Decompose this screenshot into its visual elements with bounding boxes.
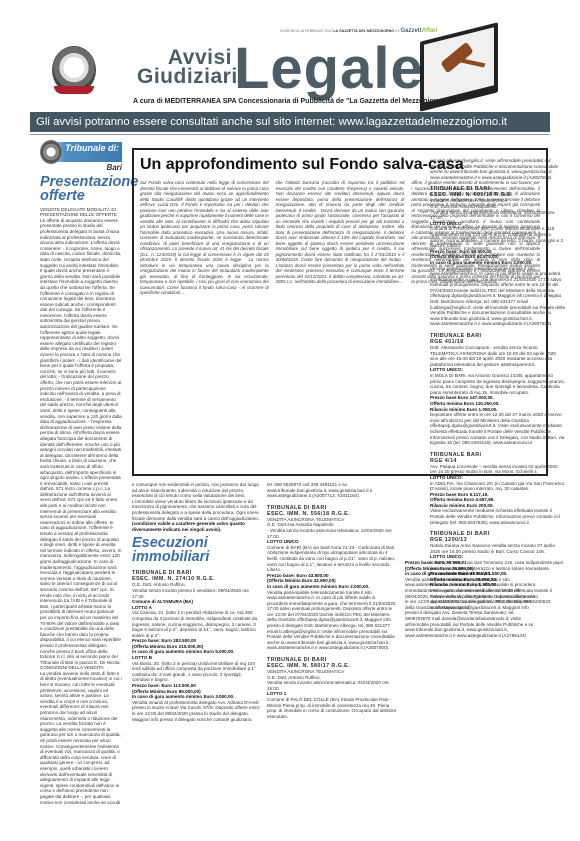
notice-footer: Vendita partecipabile telematicamente tr… [267, 590, 397, 652]
lot-desc: in NOICATTARO, via San Tommaso 216, casa… [430, 560, 565, 571]
dateline: DOMENICA 16 FEBBRAIO 2020 LA GAZZETTA DE… [280, 28, 437, 34]
lot-desc: Comune di TRIGGIANO (BA) Corso Vittorio … [430, 226, 565, 248]
body-text-conditions: La vendita avviene nello stato di fatto … [40, 671, 122, 805]
lot-desc: Via Bosio, 20. (lotto 2 in perizia) Unit… [132, 661, 260, 683]
notice-head: email b.alberga@virgilio.it, visite all'… [430, 158, 565, 180]
article-col-2: che l'attività bancaria (raccolta di ris… [276, 180, 405, 296]
notice-line: Vendita senza incanto asincrona telemati… [267, 680, 397, 691]
title-line2: Giudiziari [137, 67, 232, 86]
notice-line: - Vendita senza incanto asincrona telema… [430, 210, 565, 221]
lot-desc: Comune di PALO DEL COLLE (BA) Strada Pro… [267, 697, 397, 719]
city-label: Bari [40, 165, 122, 171]
republic-emblem-icon [52, 46, 96, 94]
court-seal-icon [40, 140, 62, 164]
title-avvisi-giudiziari: Avvisi Giudiziari [137, 48, 232, 86]
page-number: VII [395, 29, 399, 33]
notice-line: Vendita senza incanto presso il venditor… [132, 588, 260, 599]
divider [30, 134, 550, 135]
lot-desc: Comune di BARI (BA) via Sant'Anna 21-23 … [267, 545, 397, 573]
article-col-1: Sul Fondo salva-casa contenuto nella leg… [140, 180, 269, 296]
notice-line: Avv. Pasqua Loconsole – vendita senza in… [430, 464, 565, 475]
date: DOMENICA 16 FEBBRAIO 2020 [280, 29, 332, 33]
tribunale-header: Tribunale di: [40, 142, 122, 162]
section-title-presentazione: Presentazione offerte [40, 175, 122, 203]
notice-line: Notaio Daiana Anna Saracino vendita senz… [430, 543, 565, 554]
paper-name: LA GAZZETTA DEL MEZZOGIORNO [333, 29, 394, 33]
left-column: Tribunale di: Bari Presentazione offerte… [40, 142, 122, 805]
publisher-line: A cura di MEDITERRANEA SPA Concessionari… [133, 98, 448, 105]
body-text: Le offerte di acquisto dovranno essere p… [40, 218, 122, 666]
lot-desc: in ADELFIA, Via Chiancaro 2/C (in Catast… [430, 481, 565, 492]
gazzettaffari-logo: GazzettAffari [400, 28, 437, 34]
notice-footer: Visite esclusivamente mediante richiesta… [430, 588, 565, 610]
conditions-tail: e comunque non evidenziati in perizia, n… [132, 482, 260, 521]
tribunale-label: Tribunale di: [65, 146, 119, 152]
notice-footer: Vendita innanzi al professionista delega… [132, 700, 260, 722]
website-banner: Gli avvisi potranno essere consultati an… [30, 112, 550, 132]
notice-line: Dott. Alessandro Cacciapuoti - vendita s… [430, 345, 565, 367]
conditions-note: (condizioni valide a carattere generale … [132, 521, 260, 532]
notice-head: tel. 080 5528972 cell 339 4481161 e su w… [267, 482, 397, 499]
notice: TRIBUNALE DI BARI ESEC. IMM. N. 274/10 R… [132, 570, 260, 722]
right-column: email b.alberga@virgilio.it, visite all'… [430, 158, 565, 610]
notice-footer: Vendita partecipabile telematicamente tr… [430, 266, 565, 328]
lot-desc: in MOLA DI BARI, via Antonio Gramsci 143… [430, 373, 565, 395]
heading: VENDITE DELEGATE MODALITÀ DI PRESENTAZIO… [40, 207, 122, 218]
section-title-esecuzioni: Esecuzioni immobiliari [132, 536, 260, 564]
notice-line: - Vendita senza incanto asincrona telema… [267, 528, 397, 539]
lot-desc: Via Canova, 21. (lotto 1 in perizia) Abi… [132, 610, 260, 638]
title-legale: Legale [234, 38, 424, 100]
column-2: e comunque non evidenziati in perizia, n… [132, 482, 260, 722]
column-3: tel. 080 5528972 cell 339 4481161 e su w… [267, 482, 397, 719]
notice-footer: Depositare offerte entro le ore 12.00 de… [430, 412, 565, 446]
notice-footer: Visite esclusivamente mediante richiesta… [430, 508, 565, 525]
